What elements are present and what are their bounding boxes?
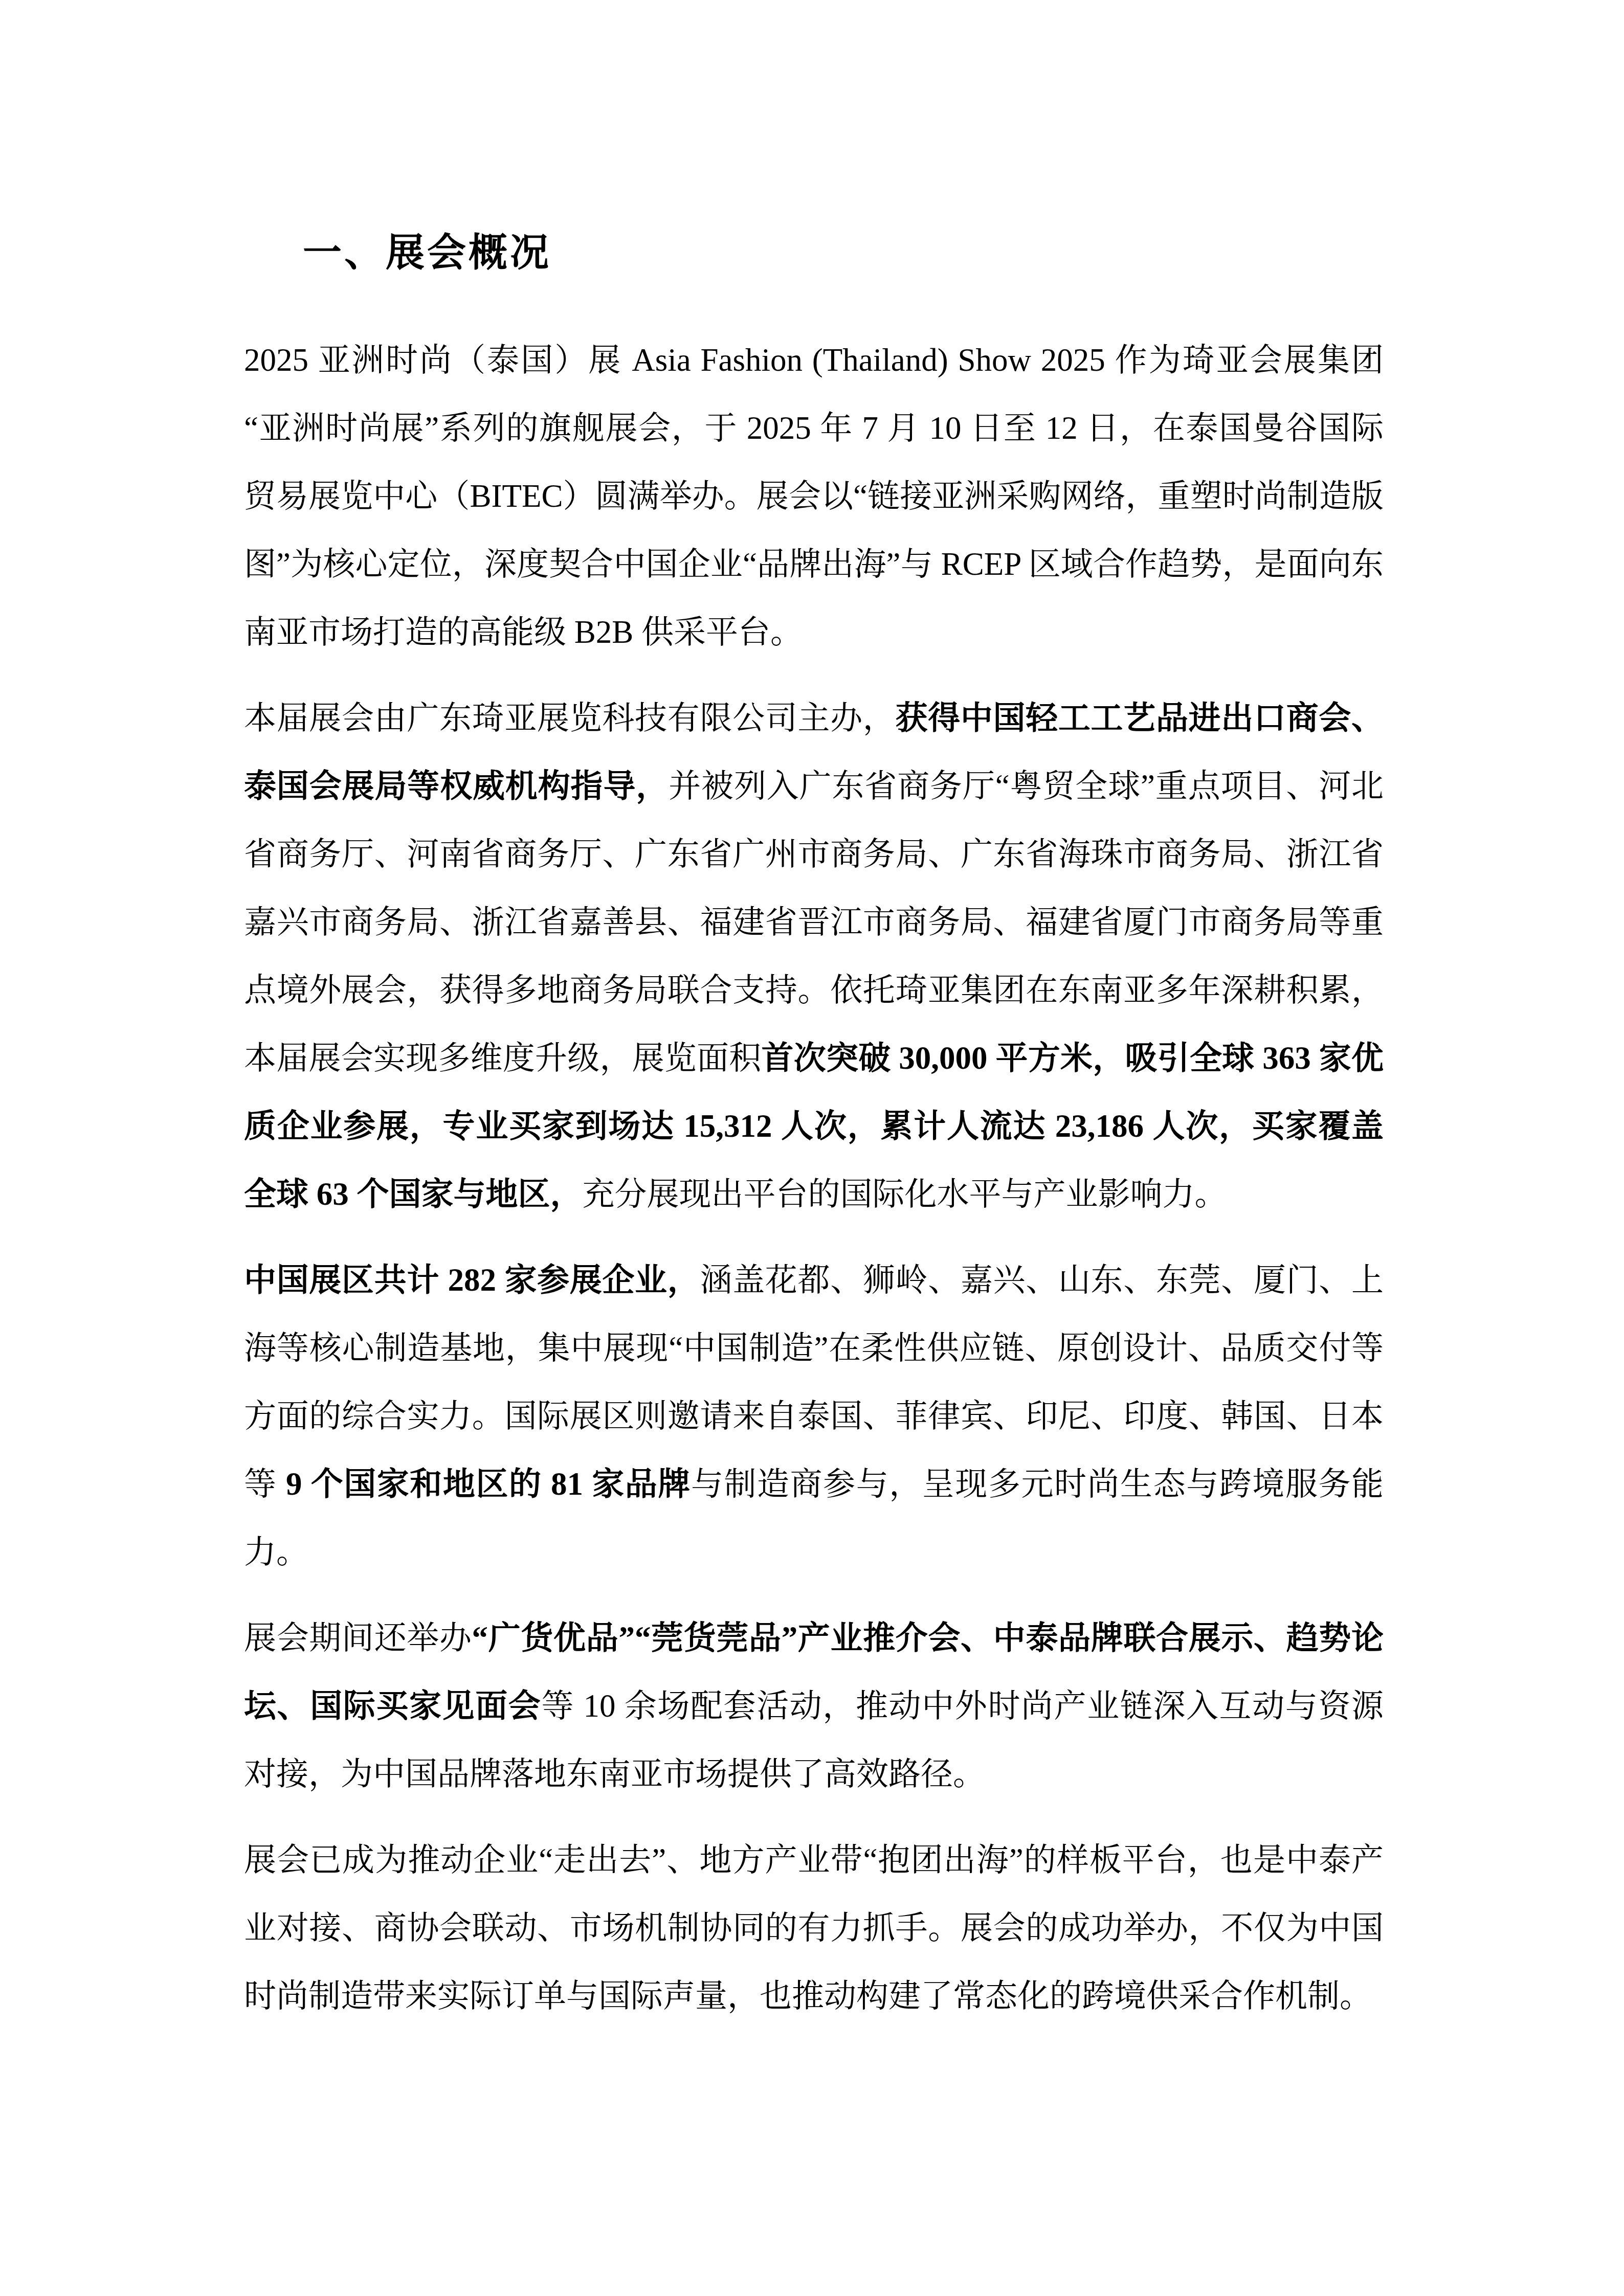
text-run: 充分展现出平台的国际化水平与产业影响力。 (583, 1176, 1227, 1212)
text-run: 本届展会由广东琦亚展览科技有限公司主办， (244, 700, 896, 736)
paragraph: 本届展会由广东琦亚展览科技有限公司主办，获得中国轻工工艺品进出口商会、泰国会展局… (244, 684, 1384, 1228)
text-run: 展会已成为推动企业“走出去”、地方产业带“抱团出海”的样板平台，也是中泰产业对接… (244, 1842, 1384, 2014)
bold-text-run: 9 个国家和地区的 81 家品牌 (286, 1466, 691, 1502)
paragraph: 2025 亚洲时尚（泰国）展 Asia Fashion (Thailand) S… (244, 326, 1384, 666)
paragraph: 展会已成为推动企业“走出去”、地方产业带“抱团出海”的样板平台，也是中泰产业对接… (244, 1826, 1384, 2030)
document-page: 一、展会概况 2025 亚洲时尚（泰国）展 Asia Fashion (Thai… (0, 0, 1624, 2296)
section-heading: 一、展会概况 (303, 220, 1384, 286)
document-body: 2025 亚洲时尚（泰国）展 Asia Fashion (Thailand) S… (244, 326, 1384, 2030)
text-run: 展会期间还举办 (244, 1620, 472, 1656)
text-run: 并被列入广东省商务厅“粤贸全球”重点项目、河北省商务厅、河南省商务厅、广东省广州… (244, 768, 1384, 1076)
bold-text-run: 中国展区共计 282 家参展企业， (244, 1262, 700, 1298)
paragraph: 展会期间还举办“广货优品”“莞货莞品”产业推介会、中泰品牌联合展示、趋势论坛、国… (244, 1604, 1384, 1808)
text-run: 2025 亚洲时尚（泰国）展 Asia Fashion (Thailand) S… (244, 342, 1384, 650)
paragraph: 中国展区共计 282 家参展企业，涵盖花都、狮岭、嘉兴、山东、东莞、厦门、上海等… (244, 1246, 1384, 1586)
